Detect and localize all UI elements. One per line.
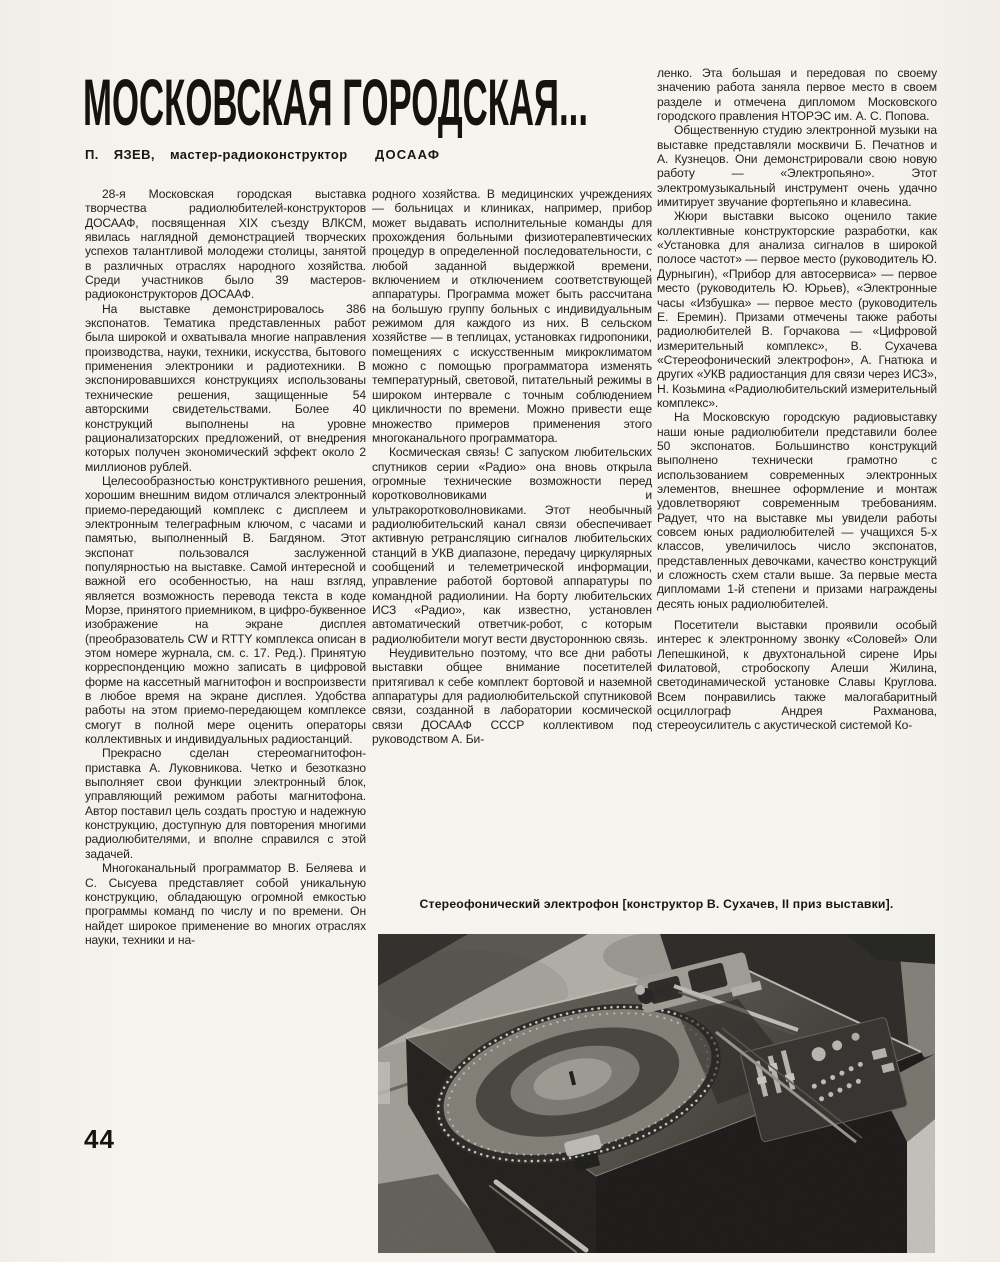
- article-paragraph: Общественную студию электронной музыки н…: [657, 123, 937, 209]
- article-paragraph: Прекрасно сделан стереомагнитофон-приста…: [85, 746, 366, 861]
- article-column-3: ленко. Эта большая и передовая по своему…: [657, 66, 937, 874]
- article-paragraph: 28-я Московская городская выставка творч…: [85, 187, 366, 302]
- magazine-page: МОСКОВСКАЯ ГОРОДСКАЯ... П. ЯЗЕВ, мастер-…: [0, 0, 1000, 1262]
- article-paragraph: Жюри выставки высоко оценило такие колле…: [657, 209, 937, 410]
- byline: П. ЯЗЕВ, мастер-радиоконструктор ДОСААФ: [85, 147, 705, 165]
- article-paragraph: На выставке демонстрировалось 386 экспон…: [85, 302, 366, 474]
- byline-org: ДОСААФ: [375, 147, 440, 162]
- photo-stereo-electrophone: [378, 934, 935, 1253]
- photo-grain-overlay: [378, 934, 935, 1253]
- page-number: 44: [84, 1124, 115, 1155]
- article-paragraph: Целесообразностью конструктивного решени…: [85, 474, 366, 747]
- article-paragraph: Посетители выставки проявили особый инте…: [657, 618, 937, 733]
- page-title-text: МОСКОВСКАЯ ГОРОДСКАЯ...: [83, 70, 588, 138]
- page-title: МОСКОВСКАЯ ГОРОДСКАЯ...: [83, 70, 603, 138]
- article-paragraph: Неудивительно поэтому, что все дни работ…: [372, 646, 652, 746]
- article-paragraph: родного хозяйства. В медицинских учрежде…: [372, 187, 652, 445]
- byline-author: П. ЯЗЕВ, мастер-радиоконструктор: [85, 147, 348, 162]
- article-paragraph: ленко. Эта большая и передовая по своему…: [657, 66, 937, 123]
- article-paragraph: На Московскую городскую радиовыставку на…: [657, 410, 937, 611]
- turntable-photo-illustration: [378, 934, 935, 1253]
- article-column-1: 28-я Московская городская выставка творч…: [85, 187, 366, 1111]
- article-column-2: родного хозяйства. В медицинских учрежде…: [372, 187, 652, 899]
- article-paragraph: Многоканальный программатор В. Беляева и…: [85, 861, 366, 947]
- photo-caption: Стереофонический электрофон [конструктор…: [378, 897, 935, 911]
- article-paragraph: Космическая связь! С запуском любительск…: [372, 445, 652, 646]
